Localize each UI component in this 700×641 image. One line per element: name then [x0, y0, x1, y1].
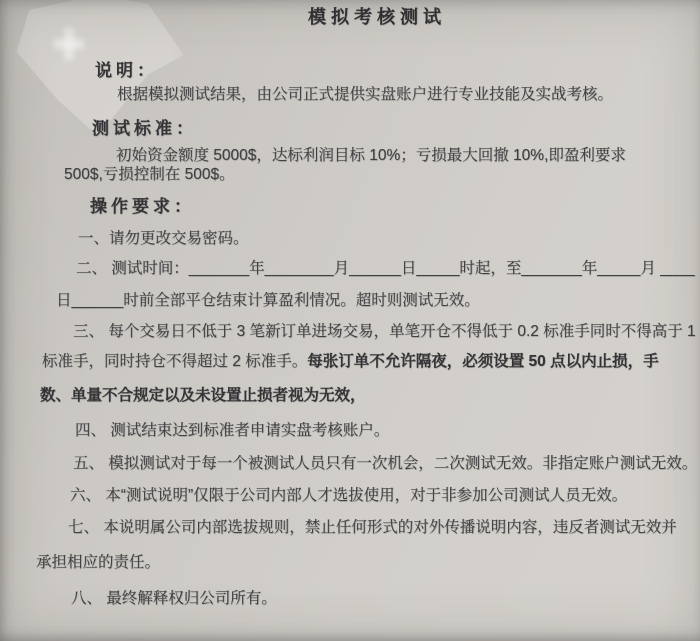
ops-item-2-line2: 日______时前全部平仓结束计算盈利情况。超时则测试无效。 — [56, 291, 480, 310]
ops-item-6: 六、 本“测试说明”仅限于公司内部人才选拔使用，对于非参加公司测试人员无效。 — [70, 486, 627, 505]
document-title: 模拟考核测试 — [308, 8, 446, 27]
ops-item-3-line2: 标准手，同时持仓不得超过 2 标准手。每张订单不允许隔夜，必须设置 50 点以内… — [42, 352, 659, 371]
note-section-heading: 说明： — [95, 61, 158, 80]
note-section-body: 根据模拟测试结果，由公司正式提供实盘账户进行专业技能及实战考核。 — [117, 85, 613, 104]
ops-item-1: 一、请勿更改交易密码。 — [78, 229, 249, 248]
ops-item-3-line2-normal: 标准手，同时持仓不得超过 2 标准手。 — [42, 353, 307, 370]
standard-section-heading: 测试标准： — [92, 119, 197, 138]
ops-item-2-line1: 二、 测试时间：_______年________月______日_____时起，… — [76, 259, 695, 278]
ops-item-8: 八、 最终解释权归公司所有。 — [71, 589, 277, 608]
ops-item-3-line1: 三、 每个交易日不低于 3 笔新订单进场交易，单笔开仓不得低于 0.2 标准手同… — [73, 322, 696, 341]
ops-item-4: 四、 测试结束达到标准者申请实盘考核账户。 — [75, 421, 389, 440]
standard-section-line1: 初始资金额度 5000$，达标利润目标 10%；亏损最大回撤 10%,即盈利要求 — [116, 146, 626, 165]
ops-item-7-line1: 七、 本说明属公司内部选拔规则，禁止任何形式的对外传播说明内容，违反者测试无效并 — [68, 518, 677, 537]
photographed-document-page: 模拟考核测试 说明： 根据模拟测试结果，由公司正式提供实盘账户进行专业技能及实战… — [0, 0, 700, 641]
ops-item-3-line3: 数、单量不合规定以及未设置止损者视为无效， — [40, 386, 366, 405]
shield-cross-watermark-icon — [54, 39, 84, 49]
operations-section-heading: 操作要求： — [90, 197, 195, 216]
ops-item-7-line2: 承担相应的责任。 — [36, 553, 160, 572]
ops-item-5: 五、 模拟测试对于每一个被测试人员只有一次机会，二次测试无效。非指定账户测试无效… — [73, 454, 697, 473]
ops-item-3-line2-bold: 每张订单不允许隔夜，必须设置 50 点以内止损，手 — [307, 353, 658, 370]
standard-section-line2: 500$,亏损控制在 500$。 — [64, 165, 235, 184]
